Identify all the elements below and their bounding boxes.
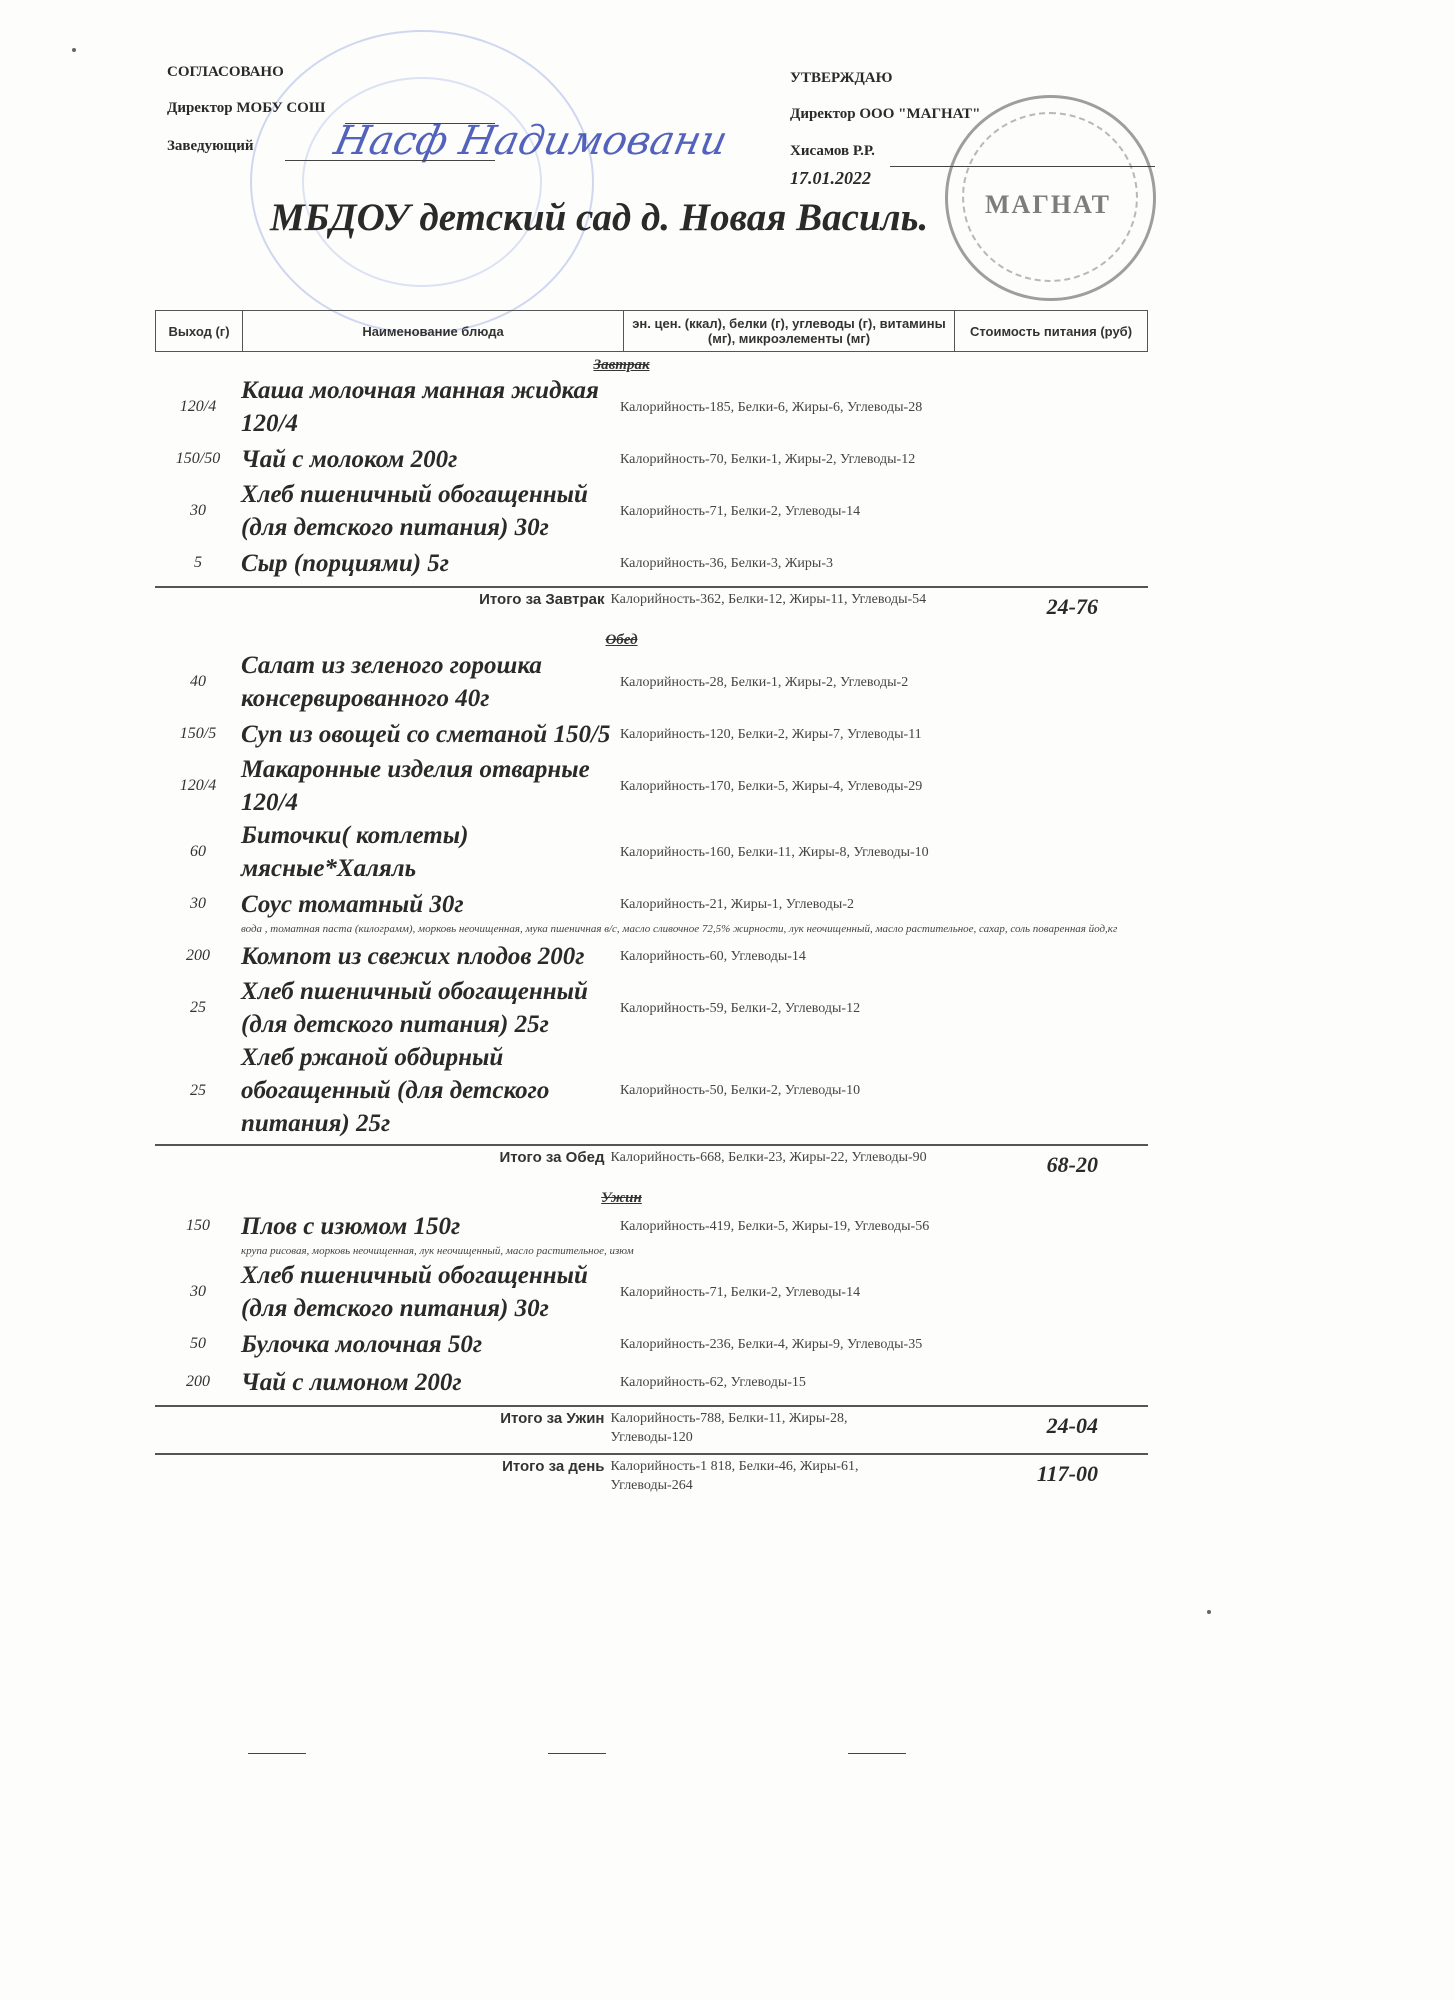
approval-left-position: Директор МОБУ СОШ — [167, 100, 325, 117]
item-name: Плов с изюмом 150г — [241, 1210, 616, 1243]
section-total-cost: 24-04 — [932, 1409, 1148, 1439]
item-yield: 25 — [155, 1082, 241, 1100]
signature-line — [285, 160, 495, 161]
approval-left-heading: СОГЛАСОВАНО — [167, 64, 284, 81]
item-name: Сыр (порциями) 5г — [241, 547, 616, 580]
blue-round-stamp — [250, 30, 594, 334]
item-yield: 30 — [155, 502, 241, 520]
menu-item-row: 30Хлеб пшеничный обогащенный (для детско… — [155, 1259, 1148, 1325]
item-yield: 50 — [155, 1335, 241, 1353]
item-nutrition: Калорийность-21, Жиры-1, Углеводы-2 — [616, 895, 950, 914]
item-nutrition: Калорийность-59, Белки-2, Углеводы-12 — [616, 999, 950, 1018]
section-total-nutrition: Калорийность-788, Белки-11, Жиры-28, Угл… — [604, 1409, 932, 1447]
scan-speck — [1207, 1610, 1211, 1614]
day-total-row: Итого за деньКалорийность-1 818, Белки-4… — [155, 1455, 1148, 1497]
day-total-cost: 117-00 — [932, 1457, 1148, 1487]
item-yield: 150/5 — [155, 725, 241, 743]
item-yield: 30 — [155, 1283, 241, 1301]
item-nutrition: Калорийность-170, Белки-5, Жиры-4, Углев… — [616, 777, 950, 796]
section-total-cost: 68-20 — [932, 1148, 1148, 1178]
menu-item-row: 30Соус томатный 30гКалорийность-21, Жиры… — [155, 885, 1148, 923]
section-total-label: Итого за Ужин — [155, 1409, 604, 1427]
section-total-row: Итого за ОбедКалорийность-668, Белки-23,… — [155, 1146, 1148, 1188]
header-cost: Стоимость питания (руб) — [955, 311, 1148, 352]
item-yield: 120/4 — [155, 398, 241, 416]
item-name: Чай с лимоном 200г — [241, 1366, 616, 1399]
section-total-label: Итого за Завтрак — [155, 590, 604, 608]
item-ingredients: вода , томатная паста (килограмм), морко… — [155, 921, 1148, 937]
item-name: Хлеб ржаной обдирный обогащенный (для де… — [241, 1041, 616, 1140]
item-nutrition: Калорийность-419, Белки-5, Жиры-19, Угле… — [616, 1217, 950, 1236]
item-nutrition: Калорийность-28, Белки-1, Жиры-2, Углево… — [616, 673, 950, 692]
item-name: Суп из овощей со сметаной 150/5 — [241, 718, 616, 751]
menu-table-header: Выход (г) Наименование блюда эн. цен. (к… — [155, 310, 1148, 352]
signature-line — [890, 166, 1155, 167]
section-total-label: Итого за Обед — [155, 1148, 604, 1166]
menu-item-row: 30Хлеб пшеничный обогащенный (для детско… — [155, 478, 1148, 544]
item-yield: 200 — [155, 1373, 241, 1391]
menu-item-row: 50Булочка молочная 50гКалорийность-236, … — [155, 1325, 1148, 1363]
scan-speck — [72, 48, 76, 52]
approval-right-position: Директор ООО "МАГНАТ" — [790, 106, 981, 123]
item-nutrition: Калорийность-185, Белки-6, Жиры-6, Углев… — [616, 398, 950, 417]
item-name: Хлеб пшеничный обогащенный (для детского… — [241, 975, 616, 1041]
item-nutrition: Калорийность-60, Углеводы-14 — [616, 947, 950, 966]
item-yield: 150 — [155, 1217, 241, 1235]
item-yield: 25 — [155, 999, 241, 1017]
item-yield: 60 — [155, 843, 241, 861]
item-yield: 30 — [155, 895, 241, 913]
menu-item-row: 60Биточки( котлеты) мясные*ХаляльКалорий… — [155, 819, 1148, 885]
section-heading: Завтрак — [95, 355, 1148, 374]
header-nutrition: эн. цен. (ккал), белки (г), углеводы (г)… — [624, 311, 955, 352]
item-nutrition: Калорийность-160, Белки-11, Жиры-8, Угле… — [616, 843, 950, 862]
item-nutrition: Калорийность-120, Белки-2, Жиры-7, Углев… — [616, 725, 950, 744]
approval-date: 17.01.2022 — [790, 168, 871, 189]
header-yield: Выход (г) — [156, 311, 243, 352]
item-name: Компот из свежих плодов 200г — [241, 940, 616, 973]
item-nutrition: Калорийность-71, Белки-2, Углеводы-14 — [616, 502, 950, 521]
section-total-cost: 24-76 — [932, 590, 1148, 620]
day-total-label: Итого за день — [155, 1457, 604, 1475]
menu-item-row: 120/4Каша молочная манная жидкая 120/4Ка… — [155, 374, 1148, 440]
item-yield: 120/4 — [155, 777, 241, 795]
section-total-nutrition: Калорийность-362, Белки-12, Жиры-11, Угл… — [604, 590, 932, 609]
menu-item-row: 150/5Суп из овощей со сметаной 150/5Кало… — [155, 715, 1148, 753]
item-nutrition: Калорийность-36, Белки-3, Жиры-3 — [616, 554, 950, 573]
day-total-nutrition: Калорийность-1 818, Белки-46, Жиры-61, У… — [604, 1457, 932, 1495]
item-name: Соус томатный 30г — [241, 888, 616, 921]
section-total-nutrition: Калорийность-668, Белки-23, Жиры-22, Угл… — [604, 1148, 932, 1167]
menu-item-row: 120/4Макаронные изделия отварные 120/4Ка… — [155, 753, 1148, 819]
item-name: Булочка молочная 50г — [241, 1328, 616, 1361]
item-nutrition: Калорийность-70, Белки-1, Жиры-2, Углево… — [616, 450, 950, 469]
menu-item-row: 25Хлеб ржаной обдирный обогащенный (для … — [155, 1041, 1148, 1140]
header-dish: Наименование блюда — [243, 311, 624, 352]
menu-item-row: 40Салат из зеленого горошка консервирова… — [155, 649, 1148, 715]
item-ingredients: крупа рисовая, морковь неочищенная, лук … — [155, 1243, 1148, 1259]
menu-item-row: 25Хлеб пшеничный обогащенный (для детско… — [155, 975, 1148, 1041]
menu-item-row: 150/50Чай с молоком 200гКалорийность-70,… — [155, 440, 1148, 478]
section-heading: Ужин — [95, 1188, 1148, 1207]
item-name: Чай с молоком 200г — [241, 443, 616, 476]
menu-item-row: 150Плов с изюмом 150гКалорийность-419, Б… — [155, 1207, 1148, 1245]
menu-item-row: 200Чай с лимоном 200гКалорийность-62, Уг… — [155, 1363, 1148, 1401]
section-heading: Обед — [95, 630, 1148, 649]
item-yield: 150/50 — [155, 450, 241, 468]
approval-left-role: Заведующий — [167, 138, 253, 155]
footer-signature-line — [248, 1753, 306, 1754]
item-yield: 200 — [155, 947, 241, 965]
item-name: Салат из зеленого горошка консервированн… — [241, 649, 616, 715]
item-name: Каша молочная манная жидкая 120/4 — [241, 374, 616, 440]
stamp-text: МАГНАТ — [985, 190, 1111, 220]
section-total-row: Итого за ЗавтракКалорийность-362, Белки-… — [155, 588, 1148, 630]
approval-right-name: Хисамов Р.Р. — [790, 143, 875, 160]
item-nutrition: Калорийность-236, Белки-4, Жиры-9, Углев… — [616, 1335, 950, 1354]
approval-right-heading: УТВЕРЖДАЮ — [790, 70, 893, 87]
item-nutrition: Калорийность-71, Белки-2, Углеводы-14 — [616, 1283, 950, 1302]
item-nutrition: Калорийность-62, Углеводы-15 — [616, 1373, 950, 1392]
item-yield: 40 — [155, 673, 241, 691]
footer-signature-line — [548, 1753, 606, 1754]
signature-line — [345, 123, 495, 124]
menu-item-row: 200Компот из свежих плодов 200гКалорийно… — [155, 937, 1148, 975]
menu-body: Завтрак120/4Каша молочная манная жидкая … — [155, 355, 1148, 1497]
document-title: МБДОУ детский сад д. Новая Василь. — [270, 195, 928, 240]
section-total-row: Итого за УжинКалорийность-788, Белки-11,… — [155, 1407, 1148, 1449]
item-name: Биточки( котлеты) мясные*Халяль — [241, 819, 616, 885]
signature: Насф Надимовани — [330, 118, 731, 164]
item-yield: 5 — [155, 554, 241, 572]
menu-item-row: 5Сыр (порциями) 5гКалорийность-36, Белки… — [155, 544, 1148, 582]
footer-signature-line — [848, 1753, 906, 1754]
item-name: Хлеб пшеничный обогащенный (для детского… — [241, 1259, 616, 1325]
item-name: Хлеб пшеничный обогащенный (для детского… — [241, 478, 616, 544]
item-nutrition: Калорийность-50, Белки-2, Углеводы-10 — [616, 1081, 950, 1100]
item-name: Макаронные изделия отварные 120/4 — [241, 753, 616, 819]
